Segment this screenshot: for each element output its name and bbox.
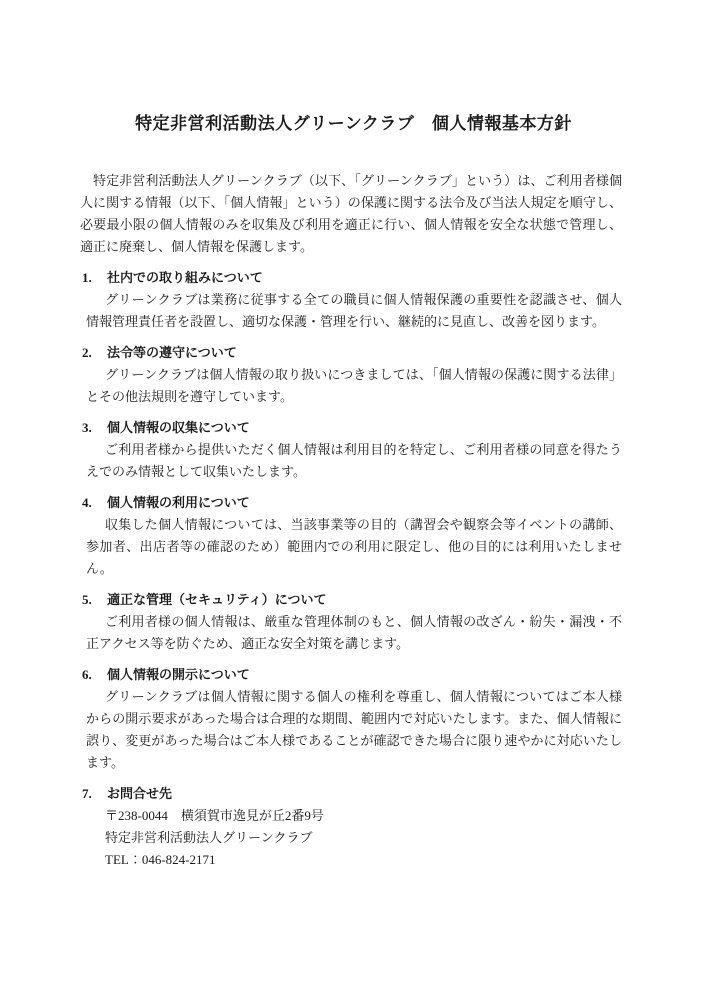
section-number: 6. xyxy=(82,664,107,686)
section-number: 2. xyxy=(82,342,107,364)
section-number: 1. xyxy=(82,267,107,289)
section-body: グリーンクラブは業務に従事する全ての職員に個人情報保護の重要性を認識させ、個人情… xyxy=(86,289,622,333)
section-heading: 個人情報の開示について xyxy=(107,664,250,686)
section-heading: 社内での取り組みについて xyxy=(107,267,263,289)
contact-line: 〒238-0044 横須賀市逸見が丘2番9号 xyxy=(105,805,622,827)
policy-section: 3.個人情報の収集についてご利用者様から提供いただく個人情報は利用目的を特定し、… xyxy=(82,417,622,483)
section-heading-row: 6.個人情報の開示について xyxy=(82,664,622,686)
section-heading-row: 5.適正な管理（セキュリティ）について xyxy=(82,589,622,611)
section-number: 3. xyxy=(82,417,107,439)
section-heading: 個人情報の利用について xyxy=(107,492,250,514)
policy-section: 6.個人情報の開示についてグリーンクラブは個人情報に関する個人の権利を尊重し、個… xyxy=(82,664,622,774)
section-heading-row: 7.お問合せ先 xyxy=(82,783,622,805)
section-body: ご利用者様から提供いただく個人情報は利用目的を特定し、ご利用者様の同意を得たうえ… xyxy=(86,439,622,483)
section-body: グリーンクラブは個人情報の取り扱いにつきましては、「個人情報の保護に関する法律」… xyxy=(86,364,622,408)
section-number: 5. xyxy=(82,589,107,611)
section-heading-row: 1.社内での取り組みについて xyxy=(82,267,622,289)
section-body: グリーンクラブは個人情報に関する個人の権利を尊重し、個人情報についてはご本人様か… xyxy=(86,686,622,774)
section-number: 7. xyxy=(82,783,107,805)
section-heading-row: 3.個人情報の収集について xyxy=(82,417,622,439)
policy-section: 4.個人情報の利用について収集した個人情報については、当該事業等の目的（講習会や… xyxy=(82,492,622,580)
contact-block: 〒238-0044 横須賀市逸見が丘2番9号特定非営利活動法人グリーンクラブTE… xyxy=(105,805,622,871)
section-number: 4. xyxy=(82,492,107,514)
document-page: 特定非営利活動法人グリーンクラブ 個人情報基本方針 特定非営利活動法人グリーンク… xyxy=(0,0,707,1000)
policy-section: 5.適正な管理（セキュリティ）についてご利用者様の個人情報は、厳重な管理体制のも… xyxy=(82,589,622,655)
intro-paragraph: 特定非営利活動法人グリーンクラブ（以下、「グリーンクラブ」という）は、ご利用者様… xyxy=(80,170,622,258)
section-heading: 適正な管理（セキュリティ）について xyxy=(107,589,326,611)
section-body: 収集した個人情報については、当該事業等の目的（講習会や観察会等イベントの講師、参… xyxy=(86,514,622,580)
document-title: 特定非営利活動法人グリーンクラブ 個人情報基本方針 xyxy=(0,0,707,136)
contact-line: 特定非営利活動法人グリーンクラブ xyxy=(105,827,622,849)
policy-section: 2.法令等の遵守についてグリーンクラブは個人情報の取り扱いにつきましては、「個人… xyxy=(82,342,622,408)
section-heading: お問合せ先 xyxy=(107,783,172,805)
section-heading-row: 2.法令等の遵守について xyxy=(82,342,622,364)
policy-section: 1.社内での取り組みについてグリーンクラブは業務に従事する全ての職員に個人情報保… xyxy=(82,267,622,333)
section-heading: 法令等の遵守について xyxy=(107,342,237,364)
policy-sections: 1.社内での取り組みについてグリーンクラブは業務に従事する全ての職員に個人情報保… xyxy=(0,267,707,871)
section-heading-row: 4.個人情報の利用について xyxy=(82,492,622,514)
section-heading: 個人情報の収集について xyxy=(107,417,250,439)
contact-line: TEL：046-824-2171 xyxy=(105,849,622,871)
policy-section: 7.お問合せ先〒238-0044 横須賀市逸見が丘2番9号特定非営利活動法人グリ… xyxy=(82,783,622,871)
section-body: ご利用者様の個人情報は、厳重な管理体制のもと、個人情報の改ざん・紛失・漏洩・不正… xyxy=(86,611,622,655)
